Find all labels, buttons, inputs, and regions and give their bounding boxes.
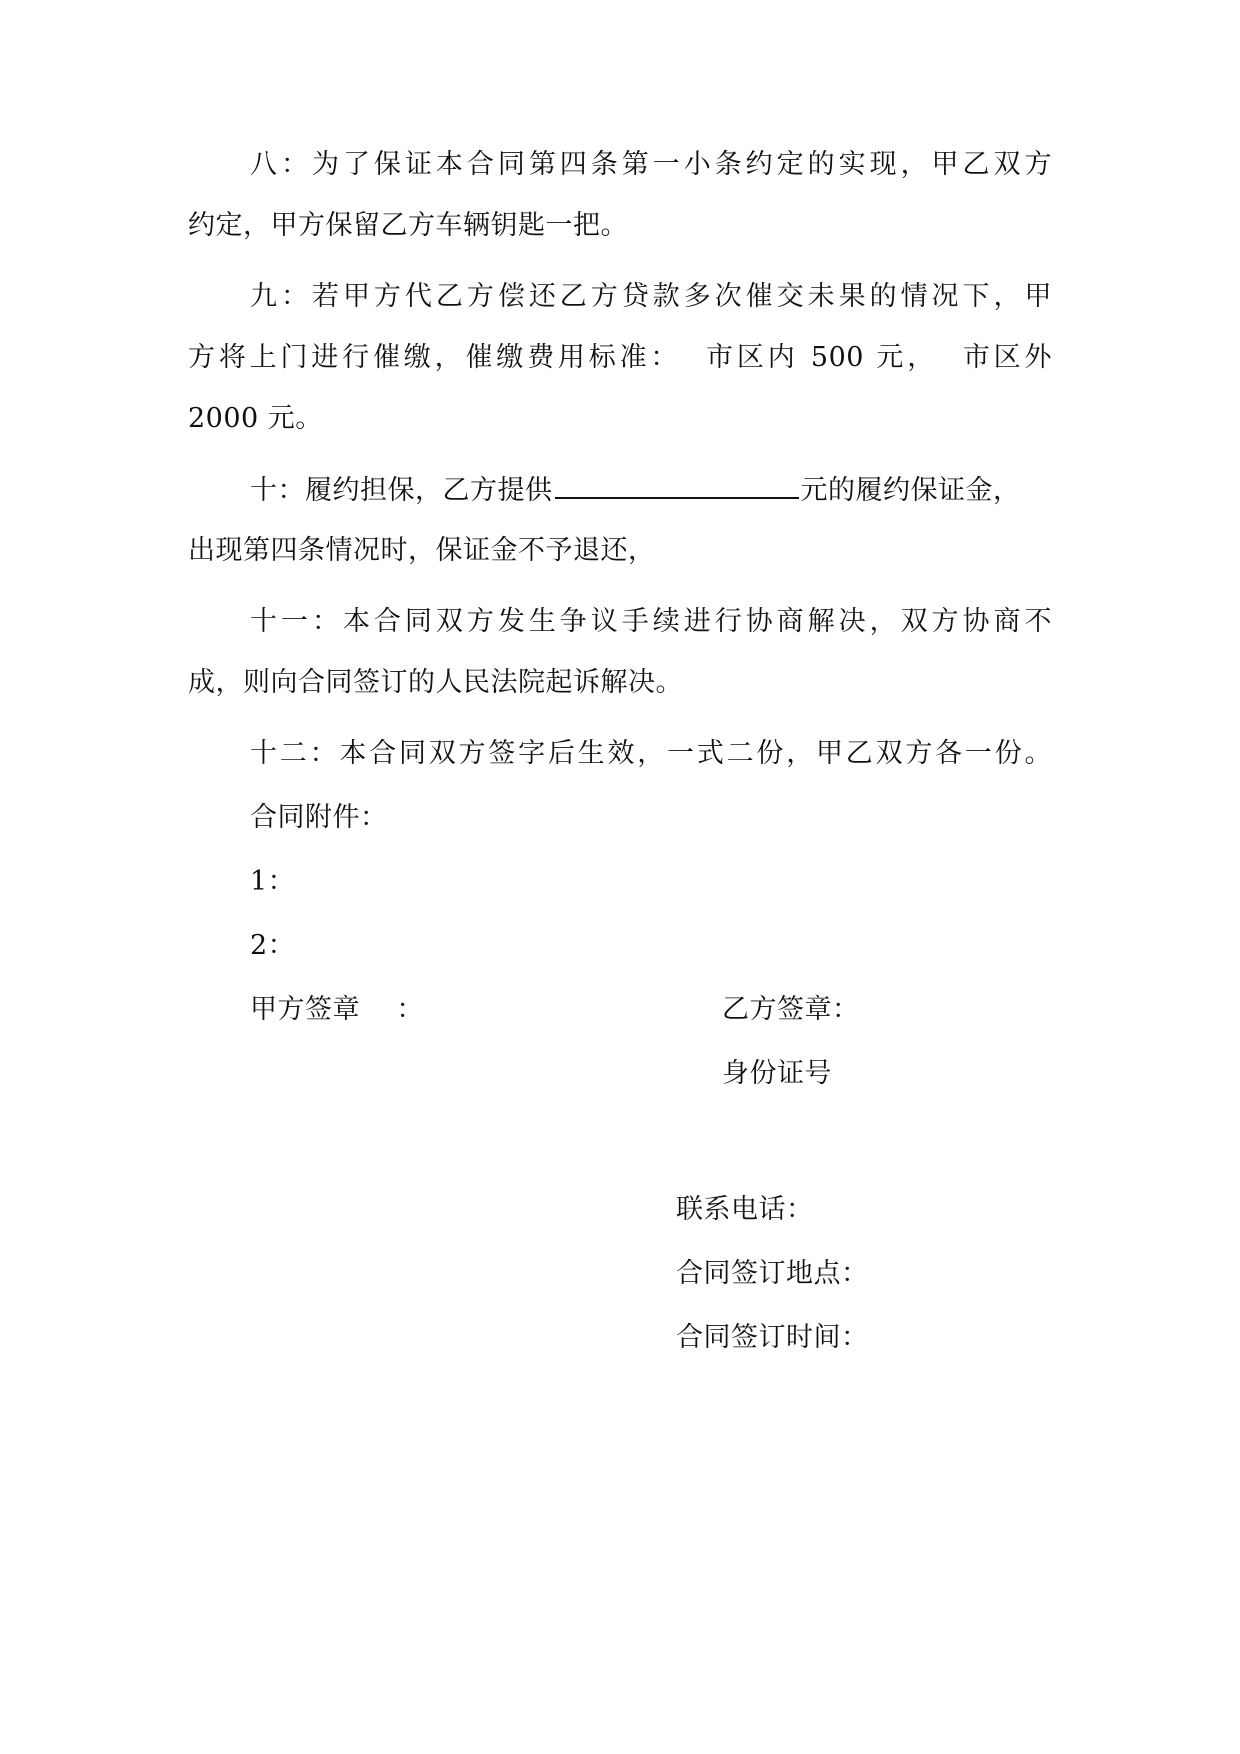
clause-11-line-1: 十一：本合同双方发生争议手续进行协商解决，双方协商不 bbox=[250, 605, 1052, 639]
clause-10-text-before-blank: 十：履约担保，乙方提供 bbox=[250, 475, 553, 506]
clause-9-line-3: 2000 元。 bbox=[188, 402, 323, 436]
document-page: 八：为了保证本合同第四条第一小条约定的实现，甲乙双方 约定，甲方保留乙方车辆钥匙… bbox=[0, 0, 1240, 1754]
attachment-item-2: 2： bbox=[250, 929, 295, 963]
signing-time-label: 合同签订时间： bbox=[676, 1321, 869, 1355]
clause-10-line-1: 十：履约担保，乙方提供元的履约保证金， bbox=[250, 473, 1021, 508]
deposit-amount-blank bbox=[555, 473, 799, 499]
clause-8-line-1: 八：为了保证本合同第四条第一小条约定的实现，甲乙双方 bbox=[250, 148, 1052, 182]
contact-phone-label: 联系电话： bbox=[676, 1193, 814, 1227]
attachment-item-1: 1： bbox=[250, 865, 295, 899]
clause-11-line-2: 成，则向合同签订的人民法院起诉解决。 bbox=[188, 666, 683, 700]
party-a-signature-label: 甲方签章 ： bbox=[250, 993, 424, 1027]
clause-8-line-2: 约定，甲方保留乙方车辆钥匙一把。 bbox=[188, 209, 628, 243]
clause-10-line-2: 出现第四条情况时，保证金不予退还， bbox=[188, 534, 656, 568]
clause-10-text-after-blank: 元的履约保证金， bbox=[801, 475, 1021, 506]
id-number-label: 身份证号 bbox=[722, 1057, 832, 1091]
attachments-title: 合同附件： bbox=[250, 801, 388, 835]
clause-9-line-2: 方将上门进行催缴，催缴费用标准： 市区内 500 元， 市区外 bbox=[188, 341, 1052, 375]
party-b-signature-label: 乙方签章： bbox=[722, 993, 860, 1027]
clause-12-line-1: 十二：本合同双方签字后生效，一式二份，甲乙双方各一份。 bbox=[250, 737, 1052, 771]
signing-place-label: 合同签订地点： bbox=[676, 1257, 869, 1291]
clause-9-line-1: 九：若甲方代乙方偿还乙方贷款多次催交未果的情况下，甲 bbox=[250, 280, 1052, 314]
